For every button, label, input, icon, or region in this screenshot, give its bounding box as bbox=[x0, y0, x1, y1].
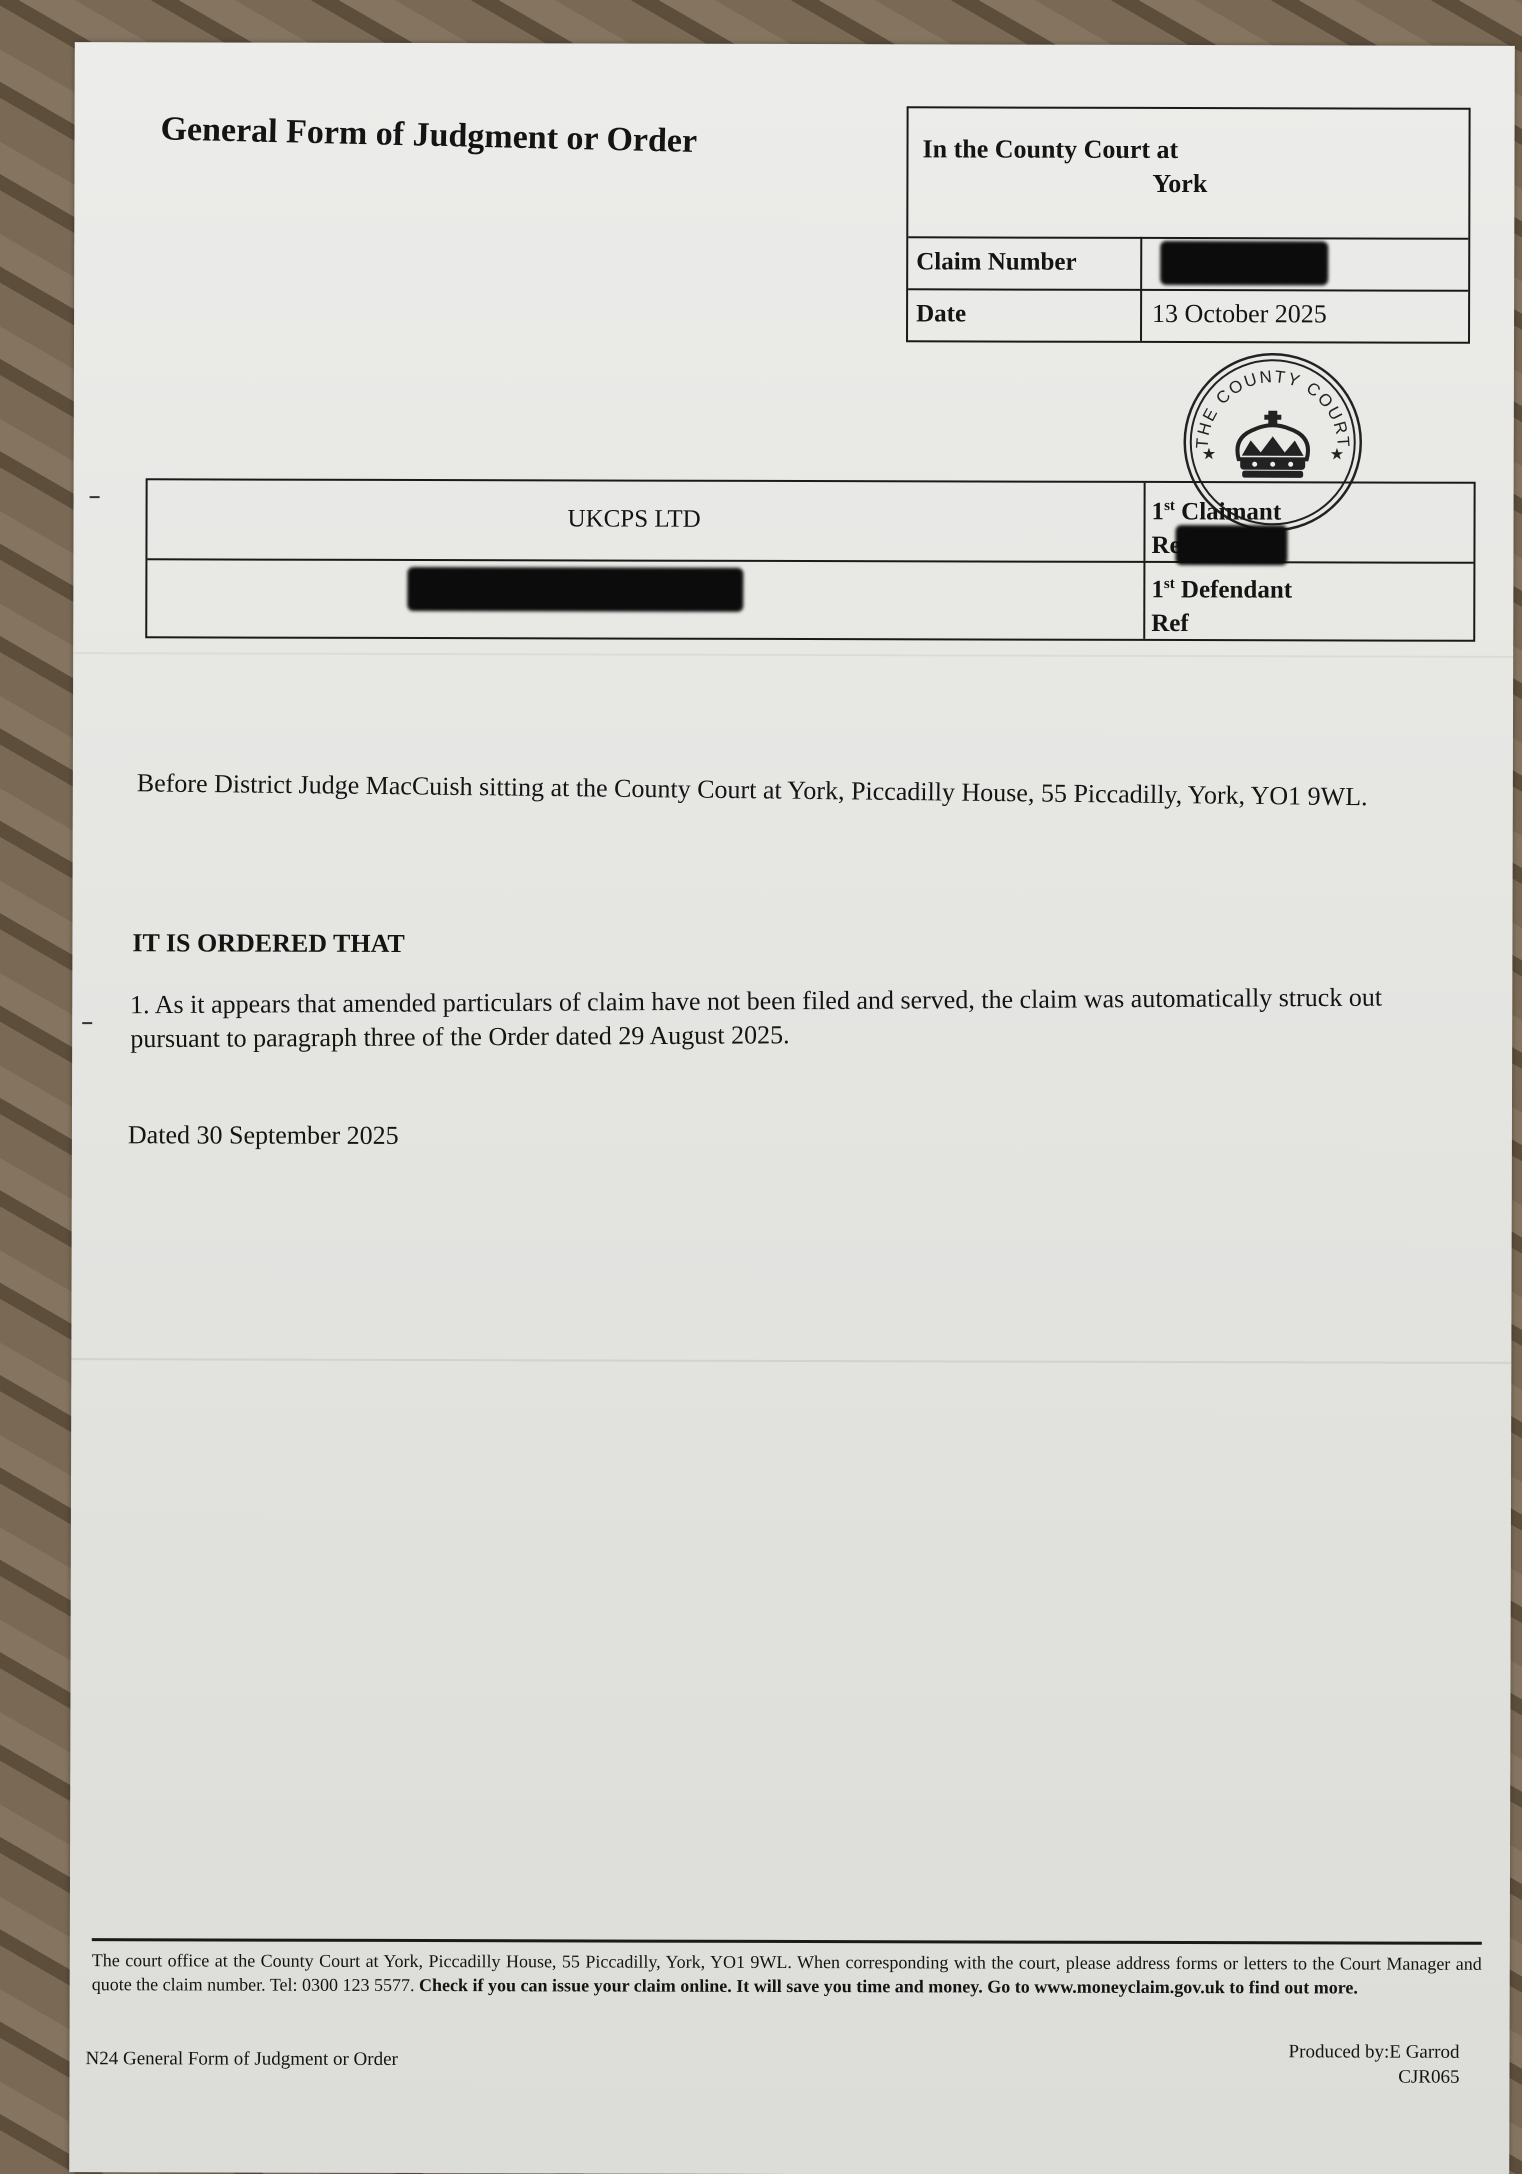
party-row-defendant: 1st Defendant Ref bbox=[147, 558, 1473, 639]
parties-table: UKCPS LTD 1st Claimant Ref 1st Defendant… bbox=[145, 478, 1475, 641]
order-dated: Dated 30 September 2025 bbox=[128, 1120, 399, 1151]
defendant-ordinal-suffix: st bbox=[1164, 576, 1175, 592]
produced-by: Produced by:E Garrod bbox=[1289, 2039, 1460, 2064]
date-label: Date bbox=[916, 300, 966, 328]
margin-mark bbox=[82, 1022, 92, 1024]
cell-divider bbox=[1143, 483, 1145, 561]
margin-mark bbox=[90, 496, 100, 498]
paper-crease bbox=[73, 652, 1513, 658]
claimant-role-label: Claimant bbox=[1181, 498, 1281, 525]
before-judge-statement: Before District Judge MacCuish sitting a… bbox=[137, 766, 1467, 815]
claim-number-label: Claim Number bbox=[916, 248, 1076, 276]
claimant-ordinal-suffix: st bbox=[1164, 498, 1175, 514]
claim-number-redaction bbox=[1160, 241, 1328, 285]
defendant-role: 1st Defendant Ref bbox=[1151, 567, 1292, 642]
document-title: General Form of Judgment or Order bbox=[160, 110, 697, 161]
defendant-ref-label: Ref bbox=[1151, 610, 1189, 637]
defendant-role-label: Defendant bbox=[1181, 576, 1292, 603]
court-header-cell: In the County Court at York bbox=[908, 108, 1468, 239]
date-row: Date 13 October 2025 bbox=[908, 288, 1468, 341]
footer-notice: The court office at the County Court at … bbox=[92, 1948, 1482, 2000]
svg-text:★: ★ bbox=[1330, 446, 1344, 463]
defendant-ordinal: 1 bbox=[1151, 576, 1164, 603]
form-code: N24 General Form of Judgment or Order bbox=[85, 2048, 397, 2071]
party-row-claimant: UKCPS LTD 1st Claimant Ref bbox=[147, 480, 1473, 563]
cell-divider bbox=[1140, 289, 1142, 341]
cell-divider bbox=[1143, 561, 1145, 639]
claimant-ref-redaction bbox=[1175, 525, 1287, 565]
svg-text:★: ★ bbox=[1202, 446, 1216, 463]
claimant-name: UKCPS LTD bbox=[568, 505, 701, 533]
order-heading: IT IS ORDERED THAT bbox=[132, 928, 404, 959]
reference-code: CJR065 bbox=[1288, 2064, 1459, 2089]
court-name: York bbox=[1152, 169, 1207, 199]
court-order-document: General Form of Judgment or Order In the… bbox=[69, 42, 1515, 2174]
footer-online-text: Check if you can issue your claim online… bbox=[419, 1975, 1358, 1997]
cell-divider bbox=[1140, 237, 1142, 289]
claim-number-row: Claim Number bbox=[908, 236, 1468, 291]
defendant-name-redaction bbox=[407, 567, 743, 612]
claimant-ordinal: 1 bbox=[1152, 498, 1165, 525]
paper-fold-line bbox=[71, 1358, 1511, 1364]
produced-by-block: Produced by:E Garrod CJR065 bbox=[1288, 2039, 1459, 2089]
court-details-box: In the County Court at York Claim Number… bbox=[906, 106, 1471, 343]
order-item: 1. As it appears that amended particular… bbox=[130, 980, 1470, 1056]
date-value: 13 October 2025 bbox=[1152, 299, 1327, 329]
court-label: In the County Court at bbox=[922, 134, 1178, 165]
footer-divider bbox=[92, 1938, 1482, 1945]
